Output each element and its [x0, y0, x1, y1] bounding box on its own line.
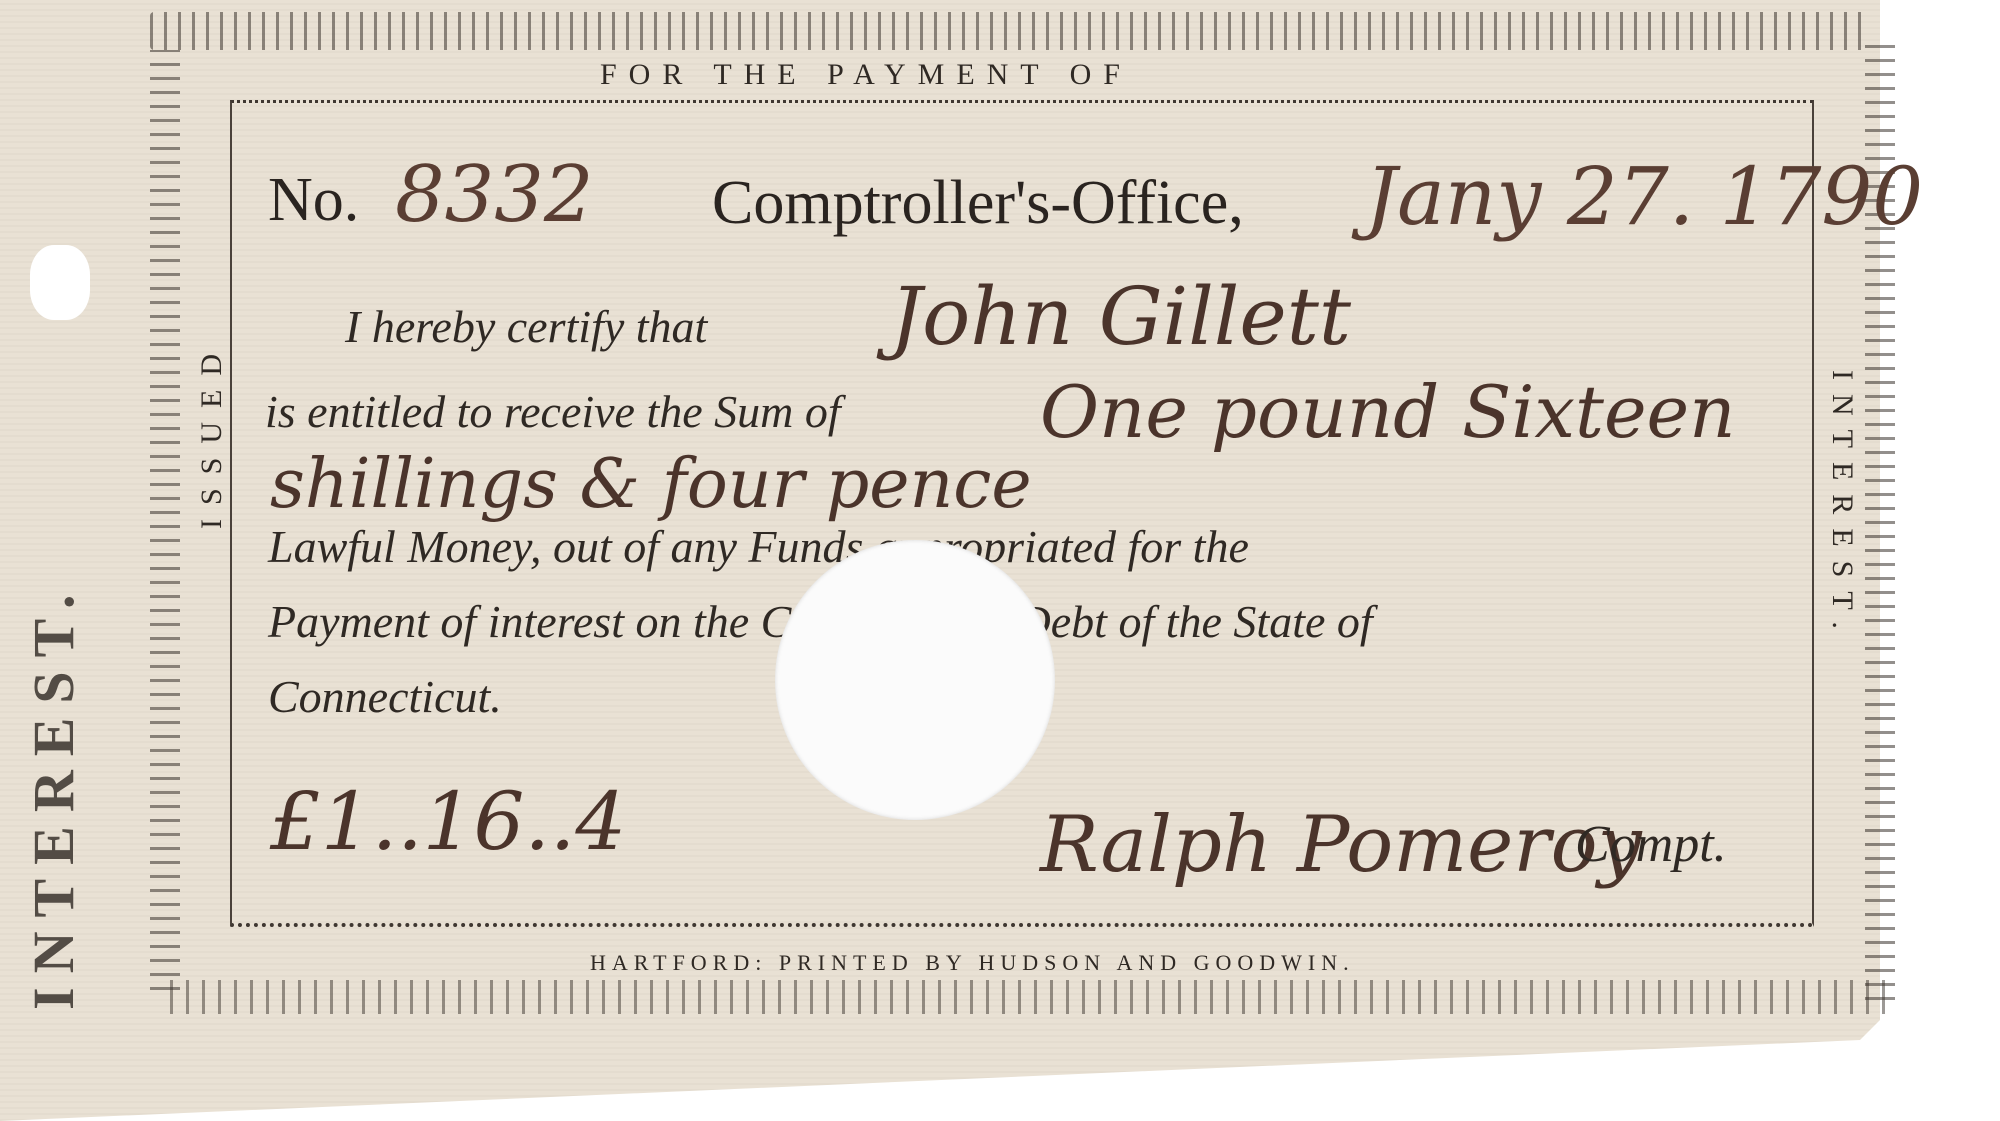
certificate-number: 8332: [395, 150, 594, 240]
side-label-interest: INTEREST.: [1825, 370, 1859, 643]
certify-line: I hereby certify that: [345, 300, 707, 353]
printer-imprint: HARTFORD: PRINTED BY HUDSON AND GOODWIN.: [590, 950, 1355, 976]
state-line: Connecticut.: [268, 670, 502, 723]
header-text: FOR THE PAYMENT OF: [600, 58, 1132, 92]
signature-title: Compt.: [1575, 815, 1727, 874]
payee-name: John Gillett: [890, 270, 1351, 363]
amount-words-1: One pound Sixteen: [1040, 370, 1736, 454]
punch-hole-left: [30, 245, 90, 320]
lawful-money-line: Lawful Money, out of any Funds appropria…: [268, 520, 1249, 573]
side-label-issued: ISSUED: [195, 340, 229, 529]
issue-date: Jany 27. 1790: [1365, 150, 1923, 243]
number-label: No.: [268, 165, 359, 236]
ornament-border-left: [150, 50, 180, 990]
amount-words-2: shillings & four pence: [270, 445, 1032, 524]
comptroller-signature: Ralph Pomeroy: [1040, 800, 1642, 890]
office-title: Comptroller's-Office,: [712, 168, 1244, 239]
ornament-border-top: [150, 12, 1870, 50]
cancellation-punch-hole: [775, 540, 1055, 820]
ornament-border-bottom: [170, 980, 1890, 1014]
amount-figures: £1..16..4: [270, 775, 626, 868]
entitled-line: is entitled to receive the Sum of: [265, 385, 841, 438]
